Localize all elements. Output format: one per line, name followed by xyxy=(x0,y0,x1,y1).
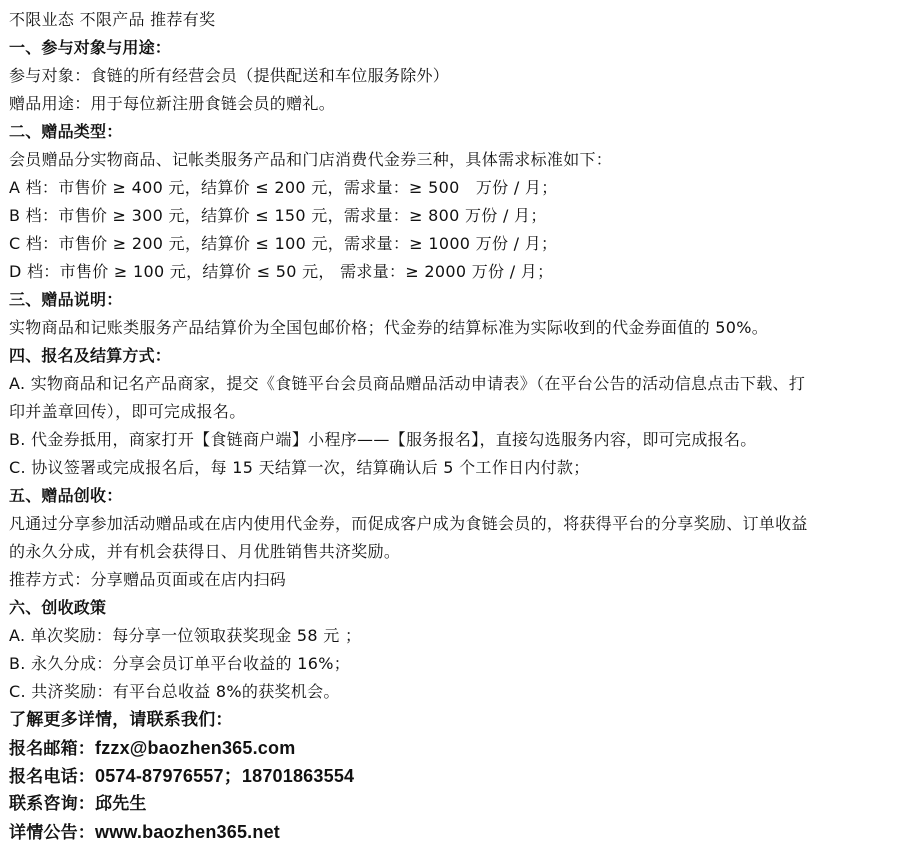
participants-line: 参与对象：食链的所有经营会员（提供配送和车位服务除外） xyxy=(9,62,909,90)
email-link[interactable]: fzzx@baozhen365.com xyxy=(95,738,295,758)
section-4-heading: 四、报名及结算方式： xyxy=(9,342,909,370)
tier-a-text: 市售价 ≥ 400 元，结算价 ≤ 200 元，需求量：≥ 500 万份 / 月… xyxy=(58,178,557,197)
gift-purpose-line: 赠品用途：用于每位新注册食链会员的赠礼。 xyxy=(9,90,909,118)
policy-item-b: B. 永久分成：分享会员订单平台收益的 16%； xyxy=(9,650,909,678)
gift-description-text: 实物商品和记账类服务产品结算价为全国包邮价格；代金券的结算标准为实际收到的代金券… xyxy=(9,314,909,342)
registration-a-line-2: 印并盖章回传），即可完成报名。 xyxy=(9,398,909,426)
tier-c-text: 市售价 ≥ 200 元，结算价 ≤ 100 元，需求量：≥ 1000 万份 / … xyxy=(58,234,557,253)
phone-numbers: 0574-87976557；18701863554 xyxy=(95,766,354,786)
website-link[interactable]: www.baozhen365.net xyxy=(95,822,280,842)
gift-types-intro: 会员赠品分实物商品、记帐类服务产品和门店消费代金券三种，具体需求标准如下： xyxy=(9,146,909,174)
section-3-heading: 三、赠品说明： xyxy=(9,286,909,314)
tier-a-label: A 档： xyxy=(9,178,58,197)
referral-method-line: 推荐方式：分享赠品页面或在店内扫码 xyxy=(9,566,909,594)
tagline: 不限业态 不限产品 推荐有奖 xyxy=(9,6,909,34)
tier-d-line: D 档：市售价 ≥ 100 元，结算价 ≤ 50 元， 需求量：≥ 2000 万… xyxy=(9,258,909,286)
phone-label: 报名电话： xyxy=(9,767,95,787)
tier-b-line: B 档：市售价 ≥ 300 元，结算价 ≤ 150 元，需求量：≥ 800 万份… xyxy=(9,202,909,230)
contact-site-line: 详情公告：www.baozhen365.net xyxy=(9,818,909,846)
person-label: 联系咨询： xyxy=(9,794,95,814)
tier-a-line: A 档：市售价 ≥ 400 元，结算价 ≤ 200 元，需求量：≥ 500 万份… xyxy=(9,174,909,202)
tier-b-label: B 档： xyxy=(9,206,58,225)
tier-d-label: D 档： xyxy=(9,262,60,281)
tier-c-label: C 档： xyxy=(9,234,58,253)
revenue-line-1: 凡通过分享参加活动赠品或在店内使用代金券，而促成客户成为食链会员的，将获得平台的… xyxy=(9,510,909,538)
contact-person-name: 邱先生 xyxy=(95,794,147,814)
registration-a-line-1: A. 实物商品和记名产品商家，提交《食链平台会员商品赠品活动申请表》（在平台公告… xyxy=(9,370,909,398)
tier-d-text: 市售价 ≥ 100 元，结算价 ≤ 50 元， 需求量：≥ 2000 万份 / … xyxy=(60,262,554,281)
policy-item-c: C. 共济奖励：有平台总收益 8%的获奖机会。 xyxy=(9,678,909,706)
site-label: 详情公告： xyxy=(9,823,95,843)
section-6-heading: 六、创收政策 xyxy=(9,594,909,622)
section-2-heading: 二、赠品类型： xyxy=(9,118,909,146)
policy-item-a: A. 单次奖励：每分享一位领取获奖现金 58 元 ； xyxy=(9,622,909,650)
section-5-heading: 五、赠品创收： xyxy=(9,482,909,510)
tier-c-line: C 档：市售价 ≥ 200 元，结算价 ≤ 100 元，需求量：≥ 1000 万… xyxy=(9,230,909,258)
contact-person-line: 联系咨询：邱先生 xyxy=(9,790,909,818)
contact-heading: 了解更多详情，请联系我们： xyxy=(9,706,909,734)
contact-email-line: 报名邮箱：fzzx@baozhen365.com xyxy=(9,734,909,762)
section-1-heading: 一、参与对象与用途： xyxy=(9,34,909,62)
registration-c-line: C. 协议签署或完成报名后，每 15 天结算一次，结算确认后 5 个工作日内付款… xyxy=(9,454,909,482)
revenue-line-2: 的永久分成，并有机会获得日、月优胜销售共济奖励。 xyxy=(9,538,909,566)
document: 不限业态 不限产品 推荐有奖 一、参与对象与用途： 参与对象：食链的所有经营会员… xyxy=(0,0,909,846)
contact-phone-line: 报名电话：0574-87976557；18701863554 xyxy=(9,762,909,790)
tier-b-text: 市售价 ≥ 300 元，结算价 ≤ 150 元，需求量：≥ 800 万份 / 月… xyxy=(58,206,546,225)
registration-b-line: B. 代金券抵用，商家打开【食链商户端】小程序——【服务报名】，直接勾选服务内容… xyxy=(9,426,909,454)
email-label: 报名邮箱： xyxy=(9,739,95,759)
